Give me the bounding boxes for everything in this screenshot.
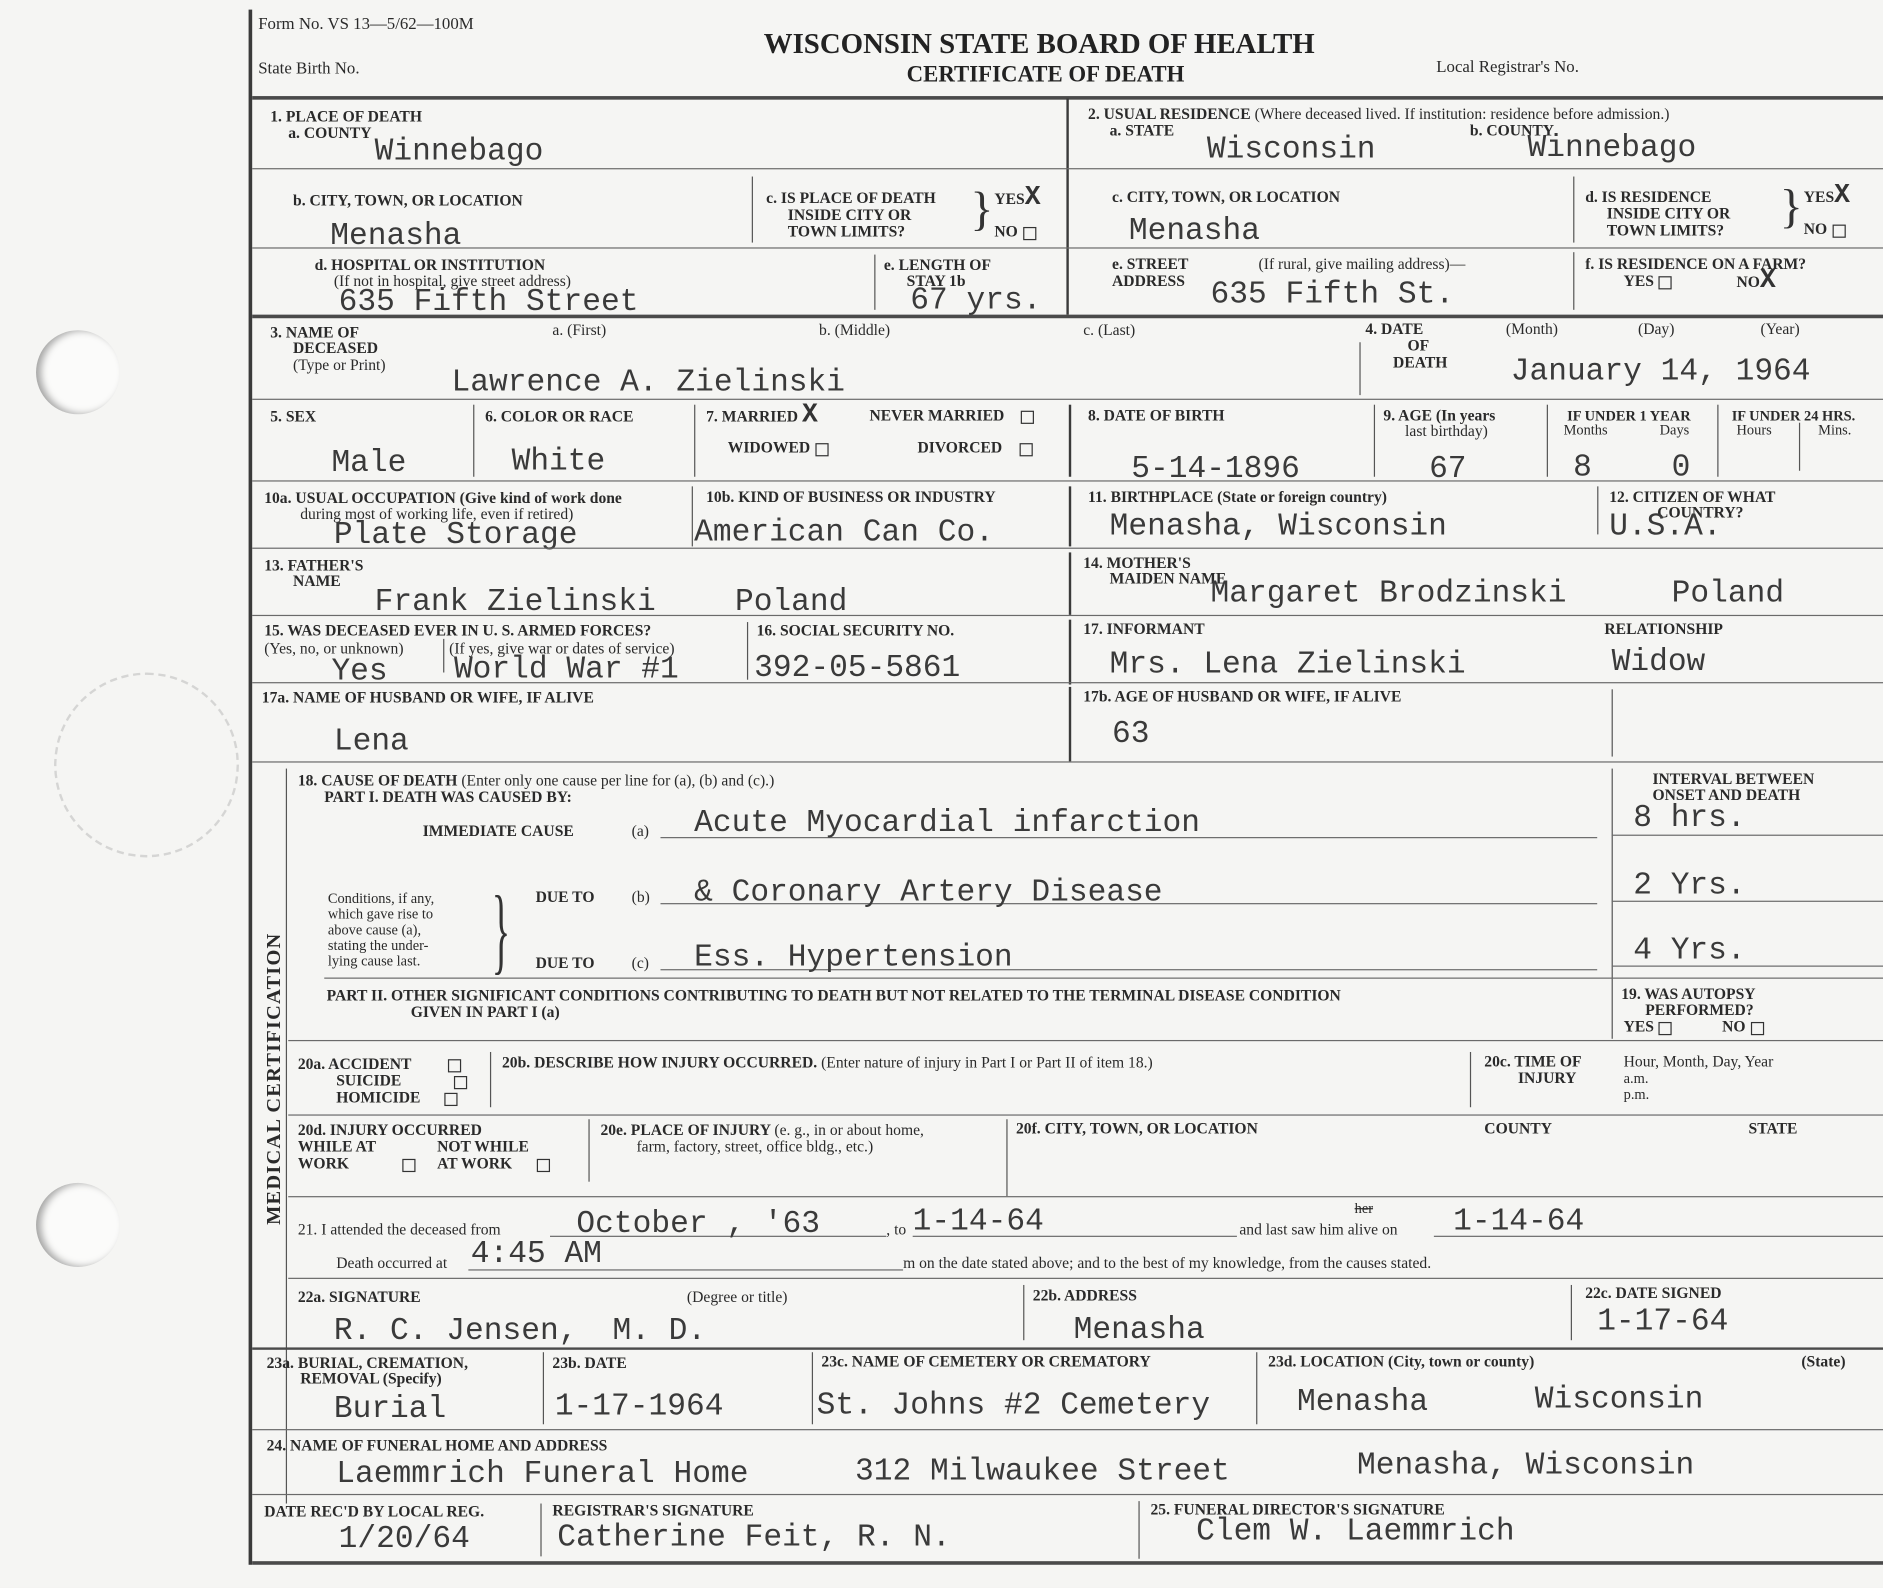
divider [1547,405,1548,477]
registrar-signature-field[interactable]: Catherine Feit, R. N. [557,1522,950,1553]
agency-title: WISCONSIN STATE BOARD OF HEALTH [764,29,1315,61]
center-divider [1069,405,1071,477]
married-option[interactable]: 7. MARRIED X [706,407,818,424]
degree-field[interactable]: M. D. [612,1315,706,1346]
business-label: 10b. KIND OF BUSINESS OR INDUSTRY [706,489,995,505]
death-occurred-label: Death occurred at [336,1255,447,1271]
days-field[interactable]: 0 [1672,452,1691,483]
interval-divider [1612,769,1613,1039]
checkbox-icon [1023,226,1036,239]
due-to-c-label: DUE TO [536,955,595,971]
at-work-option[interactable]: WORK [298,1155,415,1171]
res-inside-yes[interactable]: YESX [1804,187,1850,204]
suicide-option[interactable]: SUICIDE [336,1072,467,1088]
spouse-age-field[interactable]: 63 [1112,718,1149,749]
hours-label: Hours [1737,423,1772,437]
name-label-2: DECEASED [293,340,378,356]
age-label-2: last birthday) [1405,423,1488,439]
divider [1470,1052,1471,1107]
faded-seal-stamp [54,673,239,858]
time-of-injury-label: 20c. TIME OF [1484,1053,1581,1069]
farm-yes[interactable]: YES [1624,273,1672,289]
res-inside-label-3: TOWN LIMITS? [1607,222,1724,238]
occupation-label: 10a. USUAL OCCUPATION (Give kind of work… [264,490,622,506]
brace-icon: } [970,180,993,236]
pod-inside-label-2: INSIDE CITY OR [788,207,911,223]
injury-at-work-label: 20d. INJURY OCCURRED [298,1122,482,1138]
usual-residence-label: 2. USUAL RESIDENCE (Where deceased lived… [1088,106,1669,122]
physician-signature-field[interactable]: R. C. Jensen, [334,1315,578,1346]
row-rule [288,1278,1883,1279]
interval-a-field[interactable]: 8 hrs. [1633,802,1745,833]
row-rule [252,682,1883,683]
cemetery-label: 23c. NAME OF CEMETERY OR CREMATORY [821,1353,1150,1369]
part2-label: PART II. OTHER SIGNIFICANT CONDITIONS CO… [327,987,1341,1003]
cemetery-city-field[interactable]: Menasha [1297,1386,1428,1417]
race-label: 6. COLOR OR RACE [485,408,633,424]
name-label-3: (Type or Print) [293,357,386,373]
degree-label: (Degree or title) [687,1289,788,1305]
form-left-border [249,10,253,1565]
race-field[interactable]: White [512,446,606,477]
row-rule [252,399,1883,400]
pod-inside-label: c. IS PLACE OF DEATH [766,190,936,206]
divider [1256,1352,1257,1424]
divider [1006,1119,1007,1196]
not-at-work-label: NOT WHILE [437,1138,529,1154]
last-saw-field[interactable]: 1-14-64 [1453,1206,1584,1237]
dod-label: 4. DATE [1365,321,1423,337]
spouse-name-field[interactable]: Lena [334,725,409,756]
checkbox-icon [447,1059,460,1072]
local-registrar-no-label: Local Registrar's No. [1436,60,1579,76]
divider [747,622,748,680]
cause-b-field[interactable]: & Coronary Artery Disease [694,877,1162,908]
name-label: 3. NAME OF [270,324,359,340]
autopsy-no[interactable]: NO [1722,1018,1763,1034]
place-of-death-label: 1. PLACE OF DEATH [270,108,422,124]
day-label: (Day) [1638,321,1674,337]
relationship-label: RELATIONSHIP [1604,621,1723,637]
father-label: 13. FATHER'S [264,557,363,573]
spouse-label: 17a. NAME OF HUSBAND OR WIFE, IF ALIVE [262,689,594,705]
autopsy-label-2: PERFORMED? [1645,1002,1753,1018]
divider [1717,405,1718,477]
father-name-field[interactable]: Frank Zielinski [375,586,656,617]
res-inside-no[interactable]: NO [1804,221,1845,237]
informant-label: 17. INFORMANT [1083,621,1204,637]
checkbox-icon [1832,224,1845,237]
relationship-field[interactable]: Widow [1612,646,1706,677]
cemetery-state-field[interactable]: Wisconsin [1535,1383,1704,1414]
attended-to-field[interactable]: 1-14-64 [913,1206,1044,1237]
first-name-label: a. (First) [552,322,606,338]
citizen-field[interactable]: U.S.A. [1609,510,1721,541]
checkbox-icon [1659,276,1672,289]
divider [540,1504,541,1557]
citizen-label: 12. CITIZEN OF WHAT [1609,489,1775,505]
age-field[interactable]: 67 [1429,453,1466,484]
to-label: , to [886,1221,906,1237]
pod-city-label: b. CITY, TOWN, OR LOCATION [293,192,523,208]
stay-label: e. LENGTH OF [884,257,991,273]
widowed-option[interactable]: WIDOWED [728,440,828,456]
cause-of-death-label: 18. CAUSE OF DEATH (Enter only one cause… [298,772,774,788]
res-inside-label-2: INSIDE CITY OR [1607,205,1730,221]
row-rule [252,247,1883,248]
checkbox-icon [1019,443,1032,456]
checkbox-icon [1659,1021,1672,1034]
res-street-label-2: ADDRESS [1112,273,1185,289]
pod-inside-label-3: TOWN LIMITS? [788,223,905,239]
dob-field[interactable]: 5-14-1896 [1131,453,1300,484]
row-rule [252,1429,1883,1430]
last-saw-label: and last saw him alive on [1239,1221,1397,1237]
row-rule [252,480,1883,481]
center-divider [1069,552,1071,614]
homicide-option[interactable]: HOMICIDE [336,1089,457,1105]
divider [1023,1285,1024,1340]
stay-field[interactable]: 67 yrs. [910,285,1041,316]
medical-certification-side-label: MEDICAL CERTIFICATION [262,933,286,1225]
injury-desc-label: 20b. DESCRIBE HOW INJURY OCCURRED. (Ente… [502,1054,1153,1070]
mother-name-field[interactable]: Margaret Brodzinski [1211,578,1567,609]
mother-label-2: MAIDEN NAME [1110,570,1227,586]
checkbox-icon [454,1075,467,1088]
row-rule [252,315,1883,319]
page-title: CERTIFICATE OF DEATH [907,62,1185,88]
row-rule [288,1040,1883,1041]
cemetery-field[interactable]: St. Johns #2 Cemetery [817,1389,1210,1420]
divider [692,486,693,546]
cause-a-field[interactable]: Acute Myocardial infarction [694,807,1200,838]
divider [1573,252,1574,310]
checkbox-icon [536,1158,549,1171]
pod-hospital-field[interactable]: 635 Fifth Street [339,286,639,317]
row-rule [288,1114,1883,1115]
checkbox-x-icon: X [1834,180,1850,210]
row-rule [252,548,1883,549]
divider [874,255,875,310]
father-label-2: NAME [293,573,341,589]
row-rule [252,1347,1883,1349]
row-rule [324,978,1883,979]
brace-icon: } [1780,178,1803,234]
time-of-injury-label-2: INJURY [1518,1070,1576,1086]
age-label: 9. AGE (In years [1383,407,1495,423]
date-signed-field[interactable]: 1-17-64 [1597,1305,1728,1336]
divider [543,1352,544,1424]
ssn-field[interactable]: 392-05-5861 [754,652,960,683]
res-state-field[interactable]: Wisconsin [1207,133,1376,164]
informant-field[interactable]: Mrs. Lena Zielinski [1110,648,1466,679]
center-divider [1066,98,1068,314]
funeral-city-field[interactable]: Menasha, Wisconsin [1357,1449,1694,1480]
center-divider [1069,687,1071,761]
funeral-home-label: 24. NAME OF FUNERAL HOME AND ADDRESS [267,1437,608,1453]
divider [473,405,474,477]
dod-label-2: OF [1407,337,1429,353]
cause-a-letter: (a) [632,823,649,839]
divider [1359,342,1360,395]
burial-date-label: 23b. DATE [552,1355,626,1371]
checkbox-x-icon: X [1760,265,1776,295]
res-inside-label: d. IS RESIDENCE [1585,189,1711,205]
farm-no[interactable]: NOX [1737,273,1776,290]
interval-b-field[interactable]: 2 Yrs. [1633,869,1745,900]
divider [1138,1501,1139,1559]
father-birthplace-field[interactable]: Poland [735,586,847,617]
cemetery-location-label: 23d. LOCATION (City, town or county) [1268,1353,1534,1369]
res-county-field[interactable]: Winnebago [1528,132,1697,163]
place-of-injury-label: 20e. PLACE OF INJURY (e. g., in or about… [600,1122,924,1138]
divider [1597,486,1598,534]
date-received-field[interactable]: 1/20/64 [339,1523,470,1554]
days-label: Days [1660,423,1690,437]
business-field[interactable]: American Can Co. [694,516,994,547]
accident-option[interactable]: 20a. ACCIDENT [298,1056,461,1072]
immediate-cause-label: IMMEDIATE CAUSE [423,823,574,839]
spouse-age-label: 17b. AGE OF HUSBAND OR WIFE, IF ALIVE [1083,688,1401,704]
divider [1374,405,1375,477]
funeral-home-field[interactable]: Laemmrich Funeral Home [336,1458,748,1489]
dob-label: 8. DATE OF BIRTH [1088,407,1225,423]
pod-inside-no[interactable]: NO [994,223,1035,239]
registrar-signature-label: REGISTRAR'S SIGNATURE [552,1502,753,1518]
am-label: a.m. [1624,1071,1649,1085]
divider [752,177,753,243]
divider [588,1119,589,1181]
center-divider [1069,620,1071,685]
medical-inner-border [286,769,287,1504]
her-struck-label: her [1355,1201,1373,1215]
due-to-b-label: DUE TO [536,889,595,905]
pod-inside-yes[interactable]: YESX [994,190,1040,207]
res-city-label: c. CITY, TOWN, OR LOCATION [1112,189,1340,205]
injury-city-label: 20f. CITY, TOWN, OR LOCATION [1016,1120,1258,1136]
burial-field[interactable]: Burial [334,1393,446,1424]
death-certificate: Form No. VS 13—5/62—100M State Birth No.… [0,0,1883,1588]
birthplace-field[interactable]: Menasha, Wisconsin [1110,510,1447,541]
time-of-injury-fields: Hour, Month, Day, Year [1624,1053,1774,1069]
war-service-field[interactable]: World War #1 [454,653,679,684]
injury-state-label: STATE [1749,1120,1798,1136]
punch-hole-top [36,330,120,414]
not-at-work-option[interactable]: AT WORK [437,1155,549,1171]
pod-hospital-label: d. HOSPITAL OR INSTITUTION [315,257,545,273]
injury-county-label: COUNTY [1484,1120,1552,1136]
divider [812,1352,813,1424]
physician-signature-label: 22a. SIGNATURE [298,1289,421,1305]
funeral-director-field[interactable]: Clem W. Laemmrich [1196,1516,1515,1547]
place-of-injury-note: farm, factory, street, office bldg., etc… [636,1138,873,1154]
divorced-option[interactable]: DIVORCED [917,440,1032,456]
mother-birthplace-field[interactable]: Poland [1672,578,1784,609]
interval-c-field[interactable]: 4 Yrs. [1633,934,1745,965]
burial-date-field[interactable]: 1-17-1964 [555,1391,724,1422]
pod-city-field[interactable]: Menasha [330,220,461,251]
death-occurred-suffix: m on the date stated above; and to the b… [903,1255,1431,1271]
never-married-option[interactable]: NEVER MARRIED [869,407,1034,423]
row-rule [252,1494,1883,1495]
center-divider [1069,486,1071,546]
physician-address-label: 22b. ADDRESS [1033,1287,1137,1303]
bottom-rule [252,1561,1883,1565]
funeral-street-field[interactable]: 312 Milwaukee Street [855,1455,1230,1486]
deceased-name-field[interactable]: Lawrence A. Zielinski [452,366,845,397]
part2-label-2: GIVEN IN PART I (a) [411,1004,560,1020]
months-label: Months [1564,423,1608,437]
pm-label: p.m. [1624,1087,1650,1101]
death-time-field[interactable]: 4:45 AM [471,1238,602,1269]
divider [490,1052,491,1107]
cemetery-state-label: (State) [1801,1353,1845,1369]
conditions-note: Conditions, if any, which gave rise to a… [328,891,434,969]
row-rule [252,615,1883,616]
attended-from-field[interactable]: October , '63 [576,1208,820,1239]
res-street-note: (If rural, give mailing address)— [1259,256,1466,272]
sex-label: 5. SEX [270,408,316,424]
punch-hole-bottom [36,1183,120,1267]
divider [443,639,444,673]
part1-label: PART I. DEATH WAS CAUSED BY: [324,789,572,805]
divider [694,405,695,477]
autopsy-label: 19. WAS AUTOPSY [1621,986,1755,1002]
row-rule [252,761,1883,762]
ssn-label: 16. SOCIAL SECURITY NO. [757,622,955,638]
checkbox-icon [1021,410,1034,423]
checkbox-x-icon: X [1025,183,1041,213]
divider [1612,689,1613,756]
attended-label: 21. I attended the deceased from [298,1221,501,1237]
date-of-death-field[interactable]: January 14, 1964 [1511,355,1811,386]
armed-forces-label: 15. WAS DECEASED EVER IN U. S. ARMED FOR… [264,622,651,638]
res-street-field[interactable]: 635 Fifth St. [1211,279,1455,310]
res-street-label: e. STREET [1112,256,1188,272]
divider [1573,177,1574,243]
cause-c-field[interactable]: Ess. Hypertension [694,942,1013,973]
physician-address-field[interactable]: Menasha [1074,1314,1205,1345]
burial-label: 23a. BURIAL, CREMATION, [267,1355,468,1371]
autopsy-yes[interactable]: YES [1624,1018,1672,1034]
checkbox-icon [1750,1021,1763,1034]
res-city-field[interactable]: Menasha [1129,215,1260,246]
pod-county-field[interactable]: Winnebago [375,136,544,167]
birthplace-label: 11. BIRTHPLACE (State or foreign country… [1088,489,1387,505]
date-received-label: DATE REC'D BY LOCAL REG. [264,1504,484,1520]
form-number: Form No. VS 13—5/62—100M [258,17,473,33]
occupation-field[interactable]: Plate Storage [334,519,578,550]
cause-b-letter: (b) [632,889,650,905]
middle-name-label: b. (Middle) [819,322,890,338]
cause-c-letter: (c) [632,955,649,971]
checkbox-icon [444,1092,457,1105]
row-rule [288,1196,1883,1197]
mother-label: 14. MOTHER'S [1083,555,1191,571]
checkbox-x-icon: X [802,400,818,430]
last-name-label: c. (Last) [1083,322,1135,338]
dod-label-3: DEATH [1393,354,1447,370]
checkbox-icon [402,1158,415,1171]
interval-label: INTERVAL BETWEEN [1652,771,1814,787]
row-rule [252,168,1883,169]
pod-county-label: a. COUNTY [288,125,371,141]
divider [1799,423,1800,471]
checkbox-icon [815,443,828,456]
res-state-label: a. STATE [1110,122,1174,138]
sex-field[interactable]: Male [331,447,406,478]
year-label: (Year) [1761,321,1800,337]
month-label: (Month) [1506,321,1558,337]
state-birth-no-label: State Birth No. [258,61,359,77]
divider [1571,1285,1572,1340]
injury-at-work-label-2: WHILE AT [298,1138,376,1154]
burial-label-2: REMOVAL (Specify) [300,1370,442,1386]
brace-icon: } [492,883,510,979]
date-signed-label: 22c. DATE SIGNED [1585,1285,1721,1301]
mins-label: Mins. [1818,423,1851,437]
months-field[interactable]: 8 [1573,452,1592,483]
